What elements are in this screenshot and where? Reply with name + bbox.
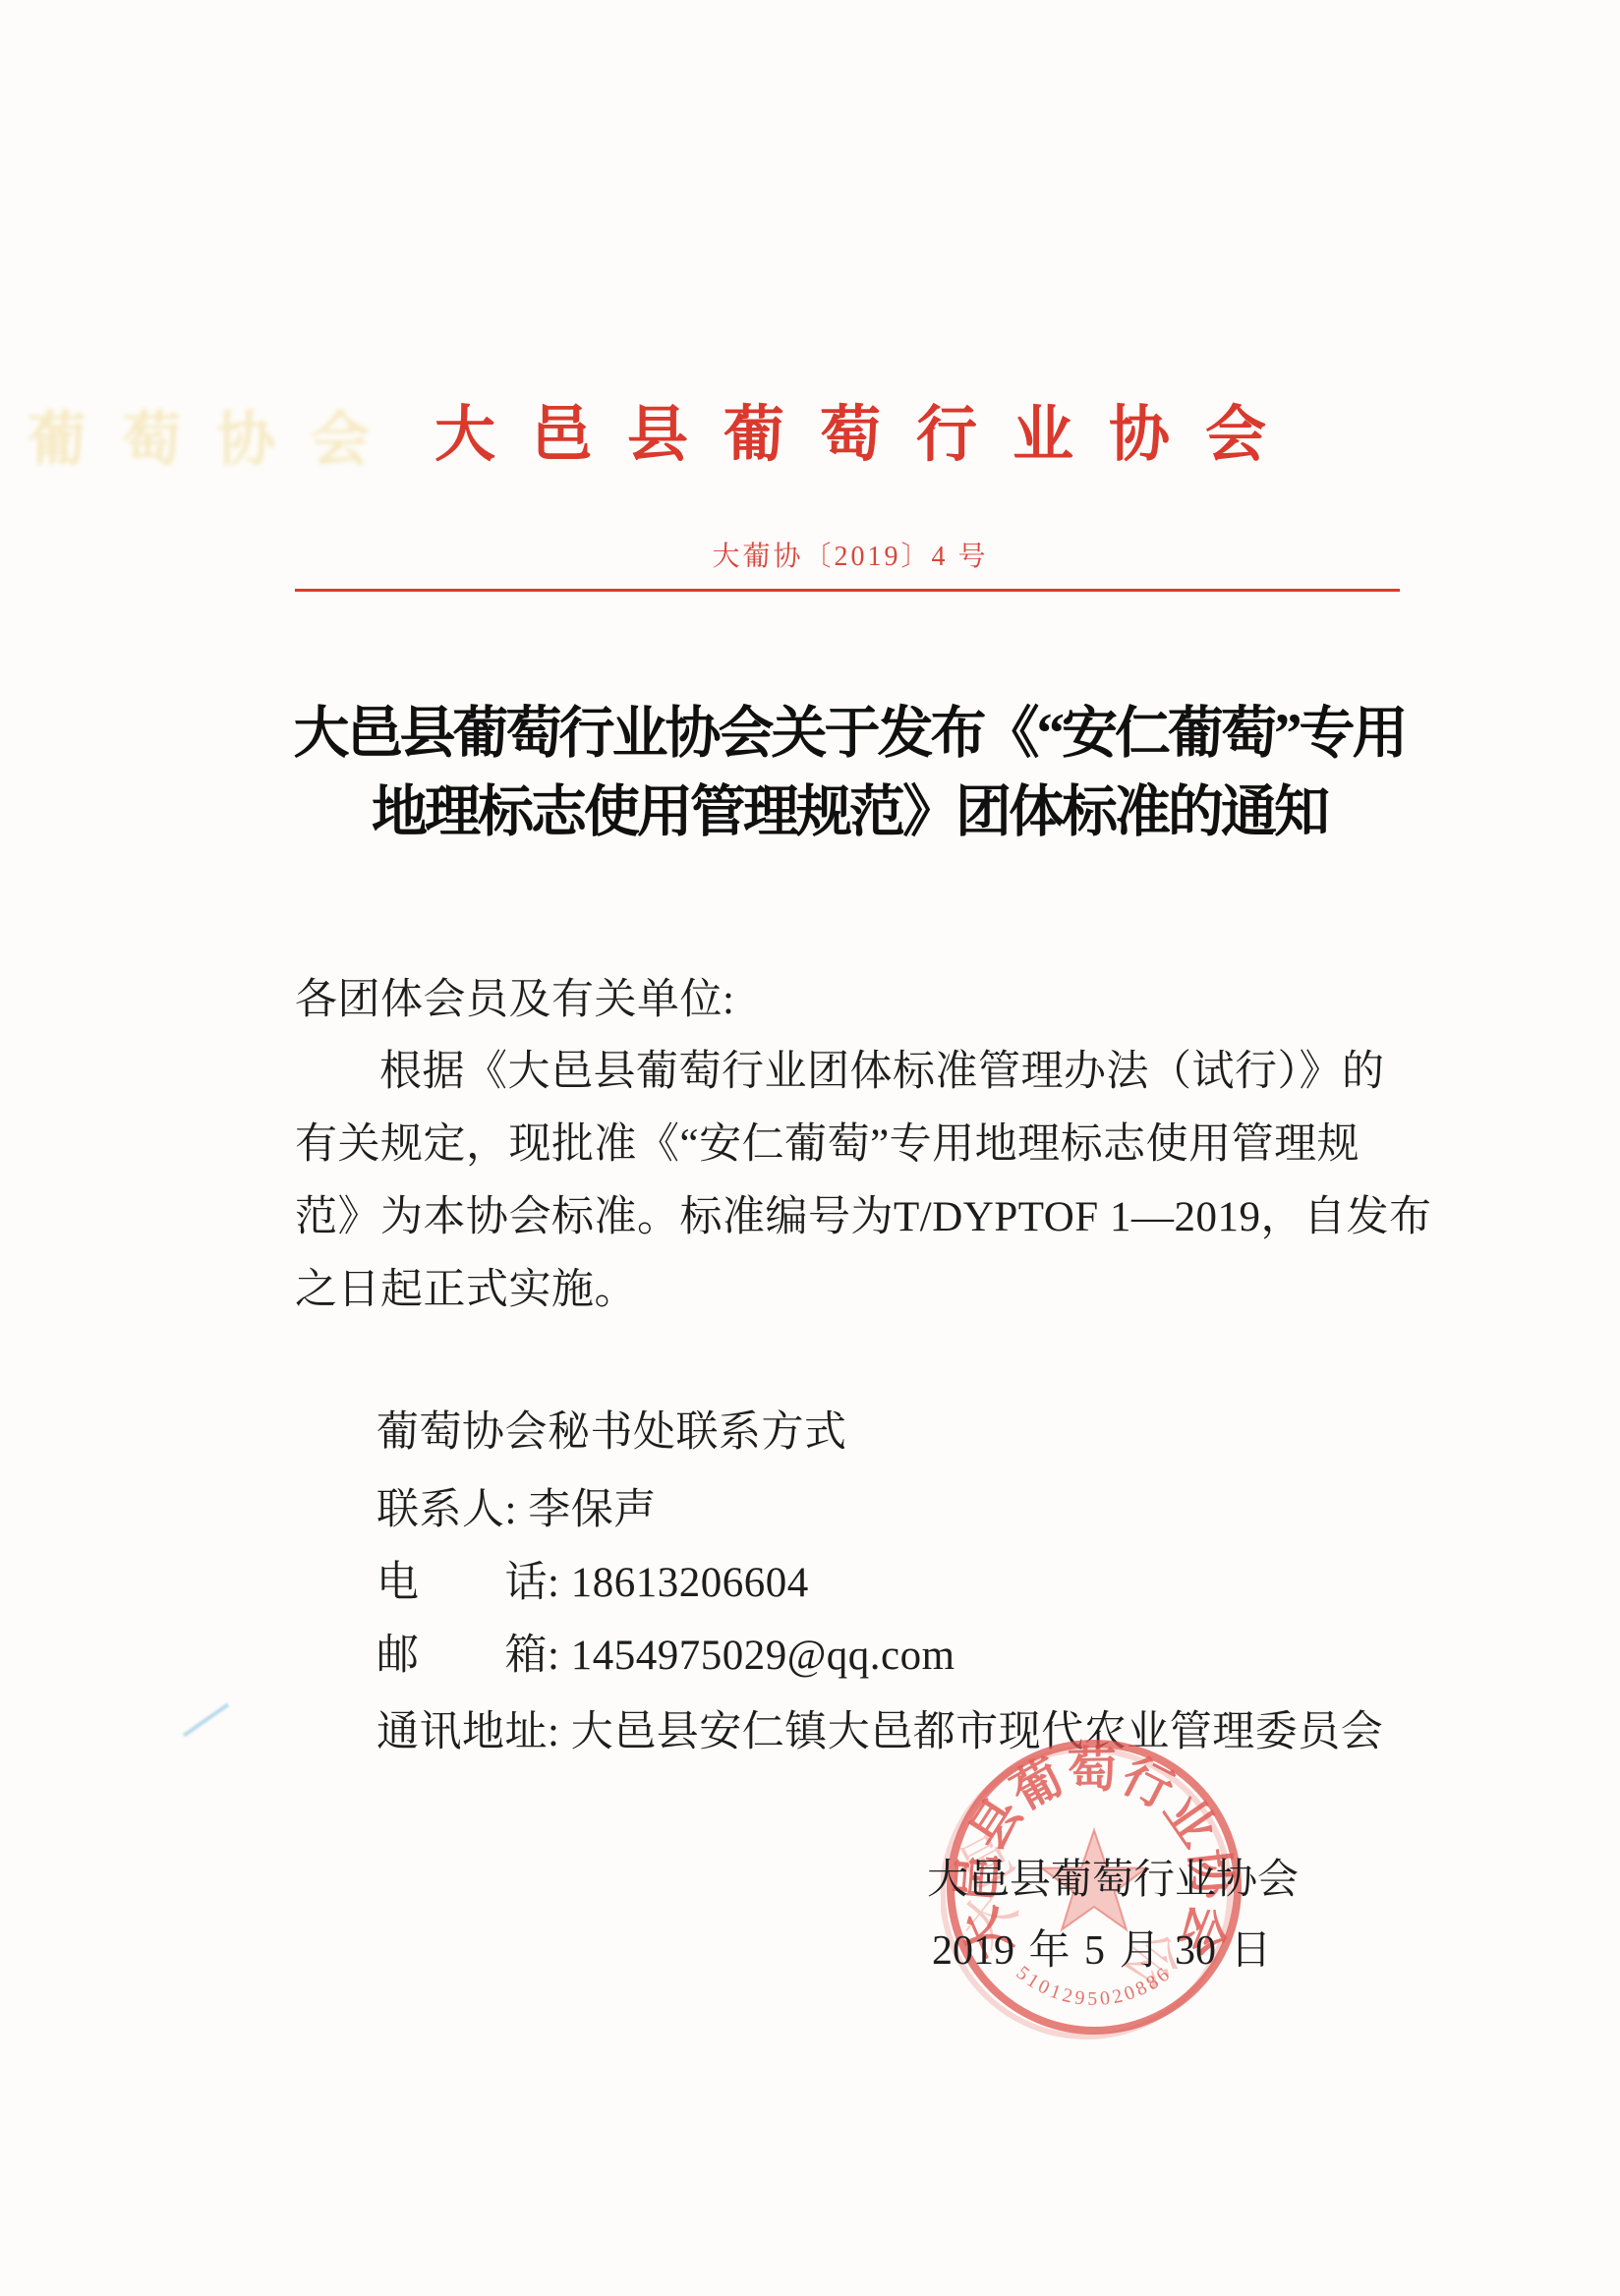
scanned-notice-page: 葡萄协会 大邑县葡萄行业协会 大葡协〔2019〕4 号 大邑县葡萄行业协会关于发… — [0, 0, 1620, 2296]
signature-org: 大邑县葡萄行业协会 — [927, 1847, 1299, 1906]
contact-address-line: 通讯地址: 大邑县安仁镇大邑都市现代农业管理委员会 — [376, 1698, 1418, 1758]
contact-person-line: 联系人: 李保声 — [376, 1476, 1418, 1536]
contact-heading: 葡萄协会秘书处联系方式 — [376, 1399, 1418, 1459]
pen-mark — [183, 1703, 229, 1738]
contact-email-line: 邮 箱: 1454975029@qq.com — [376, 1622, 1418, 1682]
notice-title-line1: 大邑县葡萄行业协会关于发布《“安仁葡萄”专用 — [291, 688, 1408, 769]
body-line: 之日起正式实施。 — [295, 1256, 1416, 1316]
red-divider-line — [295, 589, 1400, 592]
signature-date: 2019 年 5 月 30 日 — [932, 1918, 1272, 1977]
body-line: 范》为本协会标准。标准编号为T/DYPTOF 1—2019，自发布 — [295, 1183, 1416, 1243]
body-line: 根据《大邑县葡萄行业团体标准管理办法（试行）》的 — [295, 1038, 1416, 1098]
doc-number: 大葡协〔2019〕4 号 — [295, 535, 1406, 574]
contact-phone-line: 电 话: 18613206604 — [376, 1549, 1418, 1609]
notice-title-line2: 地理标志使用管理规范》团体标准的通知 — [291, 767, 1408, 847]
salutation: 各团体会员及有关单位: — [295, 966, 1416, 1026]
body-line: 有关规定，现批准《“安仁葡萄”专用地理标志使用管理规 — [295, 1111, 1416, 1171]
org-header-title: 大邑县葡萄行业协会 — [295, 385, 1406, 473]
